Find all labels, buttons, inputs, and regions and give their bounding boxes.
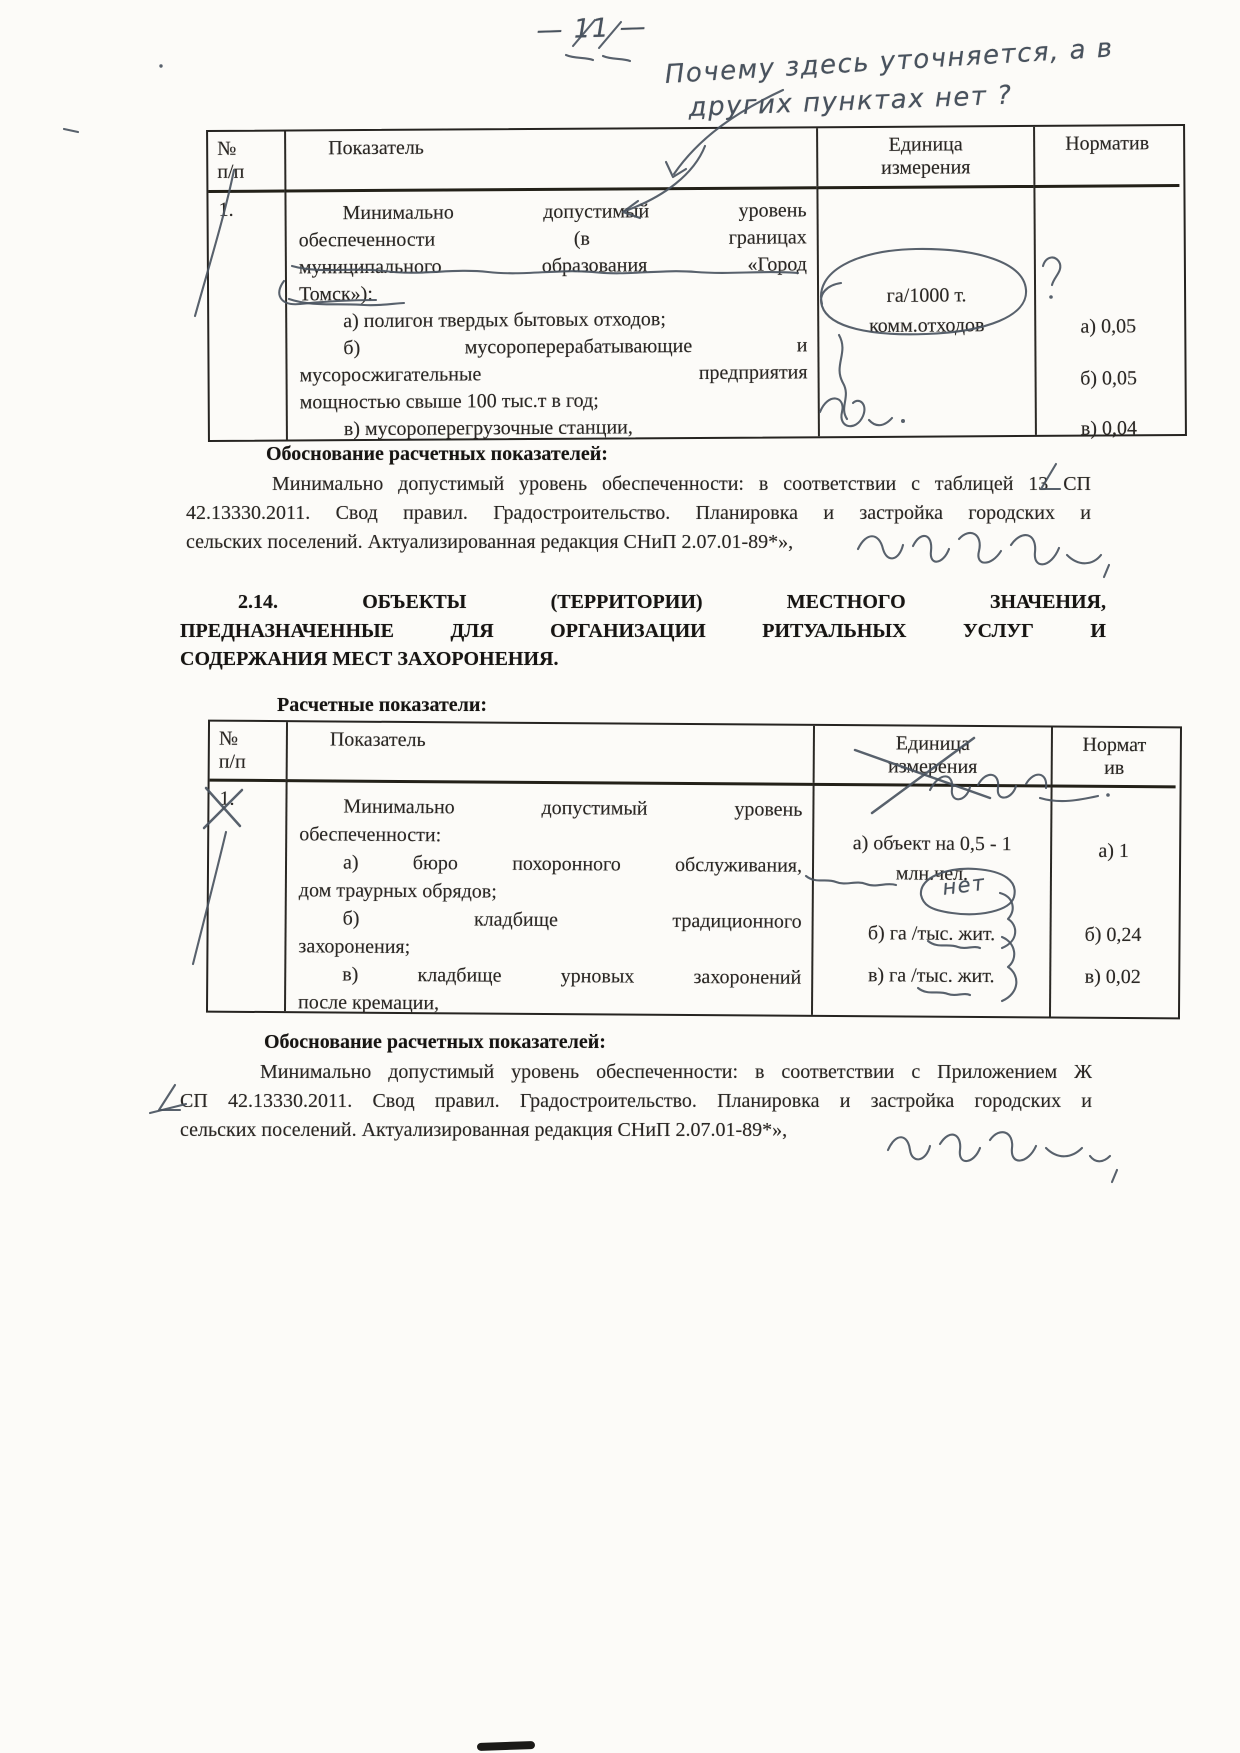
handwritten-scribble — [566, 55, 593, 60]
table1-header-num: № п/п — [208, 132, 284, 190]
handwritten-insert-mark — [159, 1085, 180, 1110]
table2-indicator-cell: Минимально допустимый уровень обеспеченн… — [284, 779, 813, 1015]
norm-value-v: в) 0,04 — [1037, 417, 1181, 441]
unit-value-a: а) объект на 0,5 - 1 млн.чел. — [814, 828, 1050, 890]
table2-norm-cell: а) 1 б) 0,24 в) 0,02 — [1049, 784, 1176, 1017]
table2-header-indicator: Показатель — [286, 722, 813, 783]
indicator-line: а) полигон твердых бытовых отходов; — [299, 305, 807, 335]
table2-unit-cell: а) объект на 0,5 - 1 млн.чел. б) га /тыс… — [811, 783, 1051, 1017]
justification-2: Обоснование расчетных показателей: Миним… — [180, 1028, 1092, 1145]
table1-header-indicator: Показатель — [284, 128, 816, 189]
indicator-line: захоронения; — [298, 932, 801, 964]
indicator-line: б) кладбище традиционного — [299, 904, 802, 936]
handwritten-page-number: — 11 — — [536, 12, 648, 46]
indicator-line: в) мусороперегрузочные станции, — [300, 413, 808, 443]
norm-value-a: а) 0,05 — [1036, 315, 1180, 339]
table-waste-facilities: № п/п Показатель Единица измерения Норма… — [206, 124, 1187, 442]
paragraph-line: СП 42.13330.2011. Свод правил. Градостро… — [180, 1087, 1092, 1116]
handwritten-note-line1: Почему здесь уточняется, а в — [664, 33, 1114, 90]
scan-speck — [64, 129, 78, 132]
handwritten-comma — [1112, 1170, 1117, 1182]
norm-value-b: б) 0,05 — [1037, 367, 1181, 391]
indicator-line: мусоросжигательные предприятия — [299, 359, 807, 389]
justification-title: Обоснование расчетных показателей: — [186, 440, 1091, 469]
norm-value-a: а) 1 — [1052, 840, 1175, 864]
scan-artifact — [477, 1741, 535, 1751]
section-heading-2-14: 2.14. ОБЪЕКТЫ (ТЕРРИТОРИИ) МЕСТНОГО ЗНАЧ… — [180, 588, 1106, 674]
table2-header-norm: Нормат ив — [1051, 727, 1176, 785]
heading-line: СОДЕРЖАНИЯ МЕСТ ЗАХОРОНЕНИЯ. — [180, 645, 1106, 674]
indicator-line: Томск»): — [299, 278, 807, 308]
paragraph-line: сельских поселений. Актуализированная ре… — [186, 528, 1091, 557]
justification-title: Обоснование расчетных показателей: — [180, 1028, 1092, 1057]
table1-unit-cell: га/1000 т. комм.отходов — [816, 185, 1035, 436]
table1-indicator-cell: Минимально допустимый уровень обеспеченн… — [284, 186, 818, 439]
table1-norm-cell: а) 0,05 б) 0,05 в) 0,04 — [1033, 184, 1181, 435]
paragraph-line: 42.13330.2011. Свод правил. Градостроите… — [186, 499, 1091, 528]
table2-header-num: № п/п — [210, 722, 286, 780]
indicator-line: дом траурных обрядов; — [299, 876, 802, 908]
indicator-line: мощностью свыше 100 тыс.т в год; — [300, 386, 808, 416]
handwritten-scribble — [1046, 1148, 1082, 1156]
unit-value-v: в) га /тыс. жит. — [813, 960, 1049, 992]
table2-header-unit: Единица измерения — [813, 726, 1051, 785]
unit-value: га/1000 т. комм.отходов — [819, 280, 1034, 341]
indicator-line: муниципального образования «Город — [299, 251, 807, 281]
table1-header-unit: Единица измерения — [816, 127, 1033, 186]
indicator-line: Минимально допустимый уровень — [299, 792, 802, 824]
table1-header-norm: Норматив — [1033, 126, 1179, 185]
handwritten-scribble — [603, 56, 630, 61]
calc-indicators-label: Расчетные показатели: — [277, 694, 487, 717]
handwritten-comma — [1104, 565, 1109, 577]
handwritten-scribble — [1090, 1156, 1110, 1161]
indicator-line: обеспеченности: — [299, 820, 802, 852]
unit-value-b: б) га /тыс. жит. — [813, 918, 1049, 950]
indicator-line: а) бюро похоронного обслуживания, — [299, 848, 802, 880]
heading-line: 2.14. ОБЪЕКТЫ (ТЕРРИТОРИИ) МЕСТНОГО ЗНАЧ… — [180, 588, 1106, 617]
norm-value-v: в) 0,02 — [1051, 965, 1174, 989]
indicator-line: в) кладбище урновых захоронений — [298, 960, 801, 992]
handwritten-note-line2: других пунктах нет ? — [688, 81, 1013, 123]
scanned-page: — 11 — Почему здесь уточняется, а в друг… — [0, 0, 1240, 1753]
table2-row-number: 1. — [208, 779, 286, 1012]
justification-1: Обоснование расчетных показателей: Миним… — [186, 440, 1091, 557]
table-ritual-services: № п/п Показатель Единица измерения Норма… — [206, 720, 1182, 1020]
norm-value-b: б) 0,24 — [1051, 923, 1174, 947]
paragraph-line: Минимально допустимый уровень обеспеченн… — [180, 1058, 1092, 1087]
paragraph-line: Минимально допустимый уровень обеспеченн… — [186, 470, 1091, 499]
table1-row-number: 1. — [208, 190, 286, 440]
indicator-line: после кремации, — [298, 988, 801, 1020]
indicator-line: Минимально допустимый уровень — [298, 197, 806, 227]
scan-speck — [159, 64, 162, 67]
heading-line: ПРЕДНАЗНАЧЕННЫЕ ДЛЯ ОРГАНИЗАЦИИ РИТУАЛЬН… — [180, 617, 1106, 646]
indicator-line: б) мусороперерабатывающие и — [299, 332, 807, 362]
paragraph-line: сельских поселений. Актуализированная ре… — [180, 1116, 1092, 1145]
indicator-line: обеспеченности (в границах — [299, 224, 807, 254]
